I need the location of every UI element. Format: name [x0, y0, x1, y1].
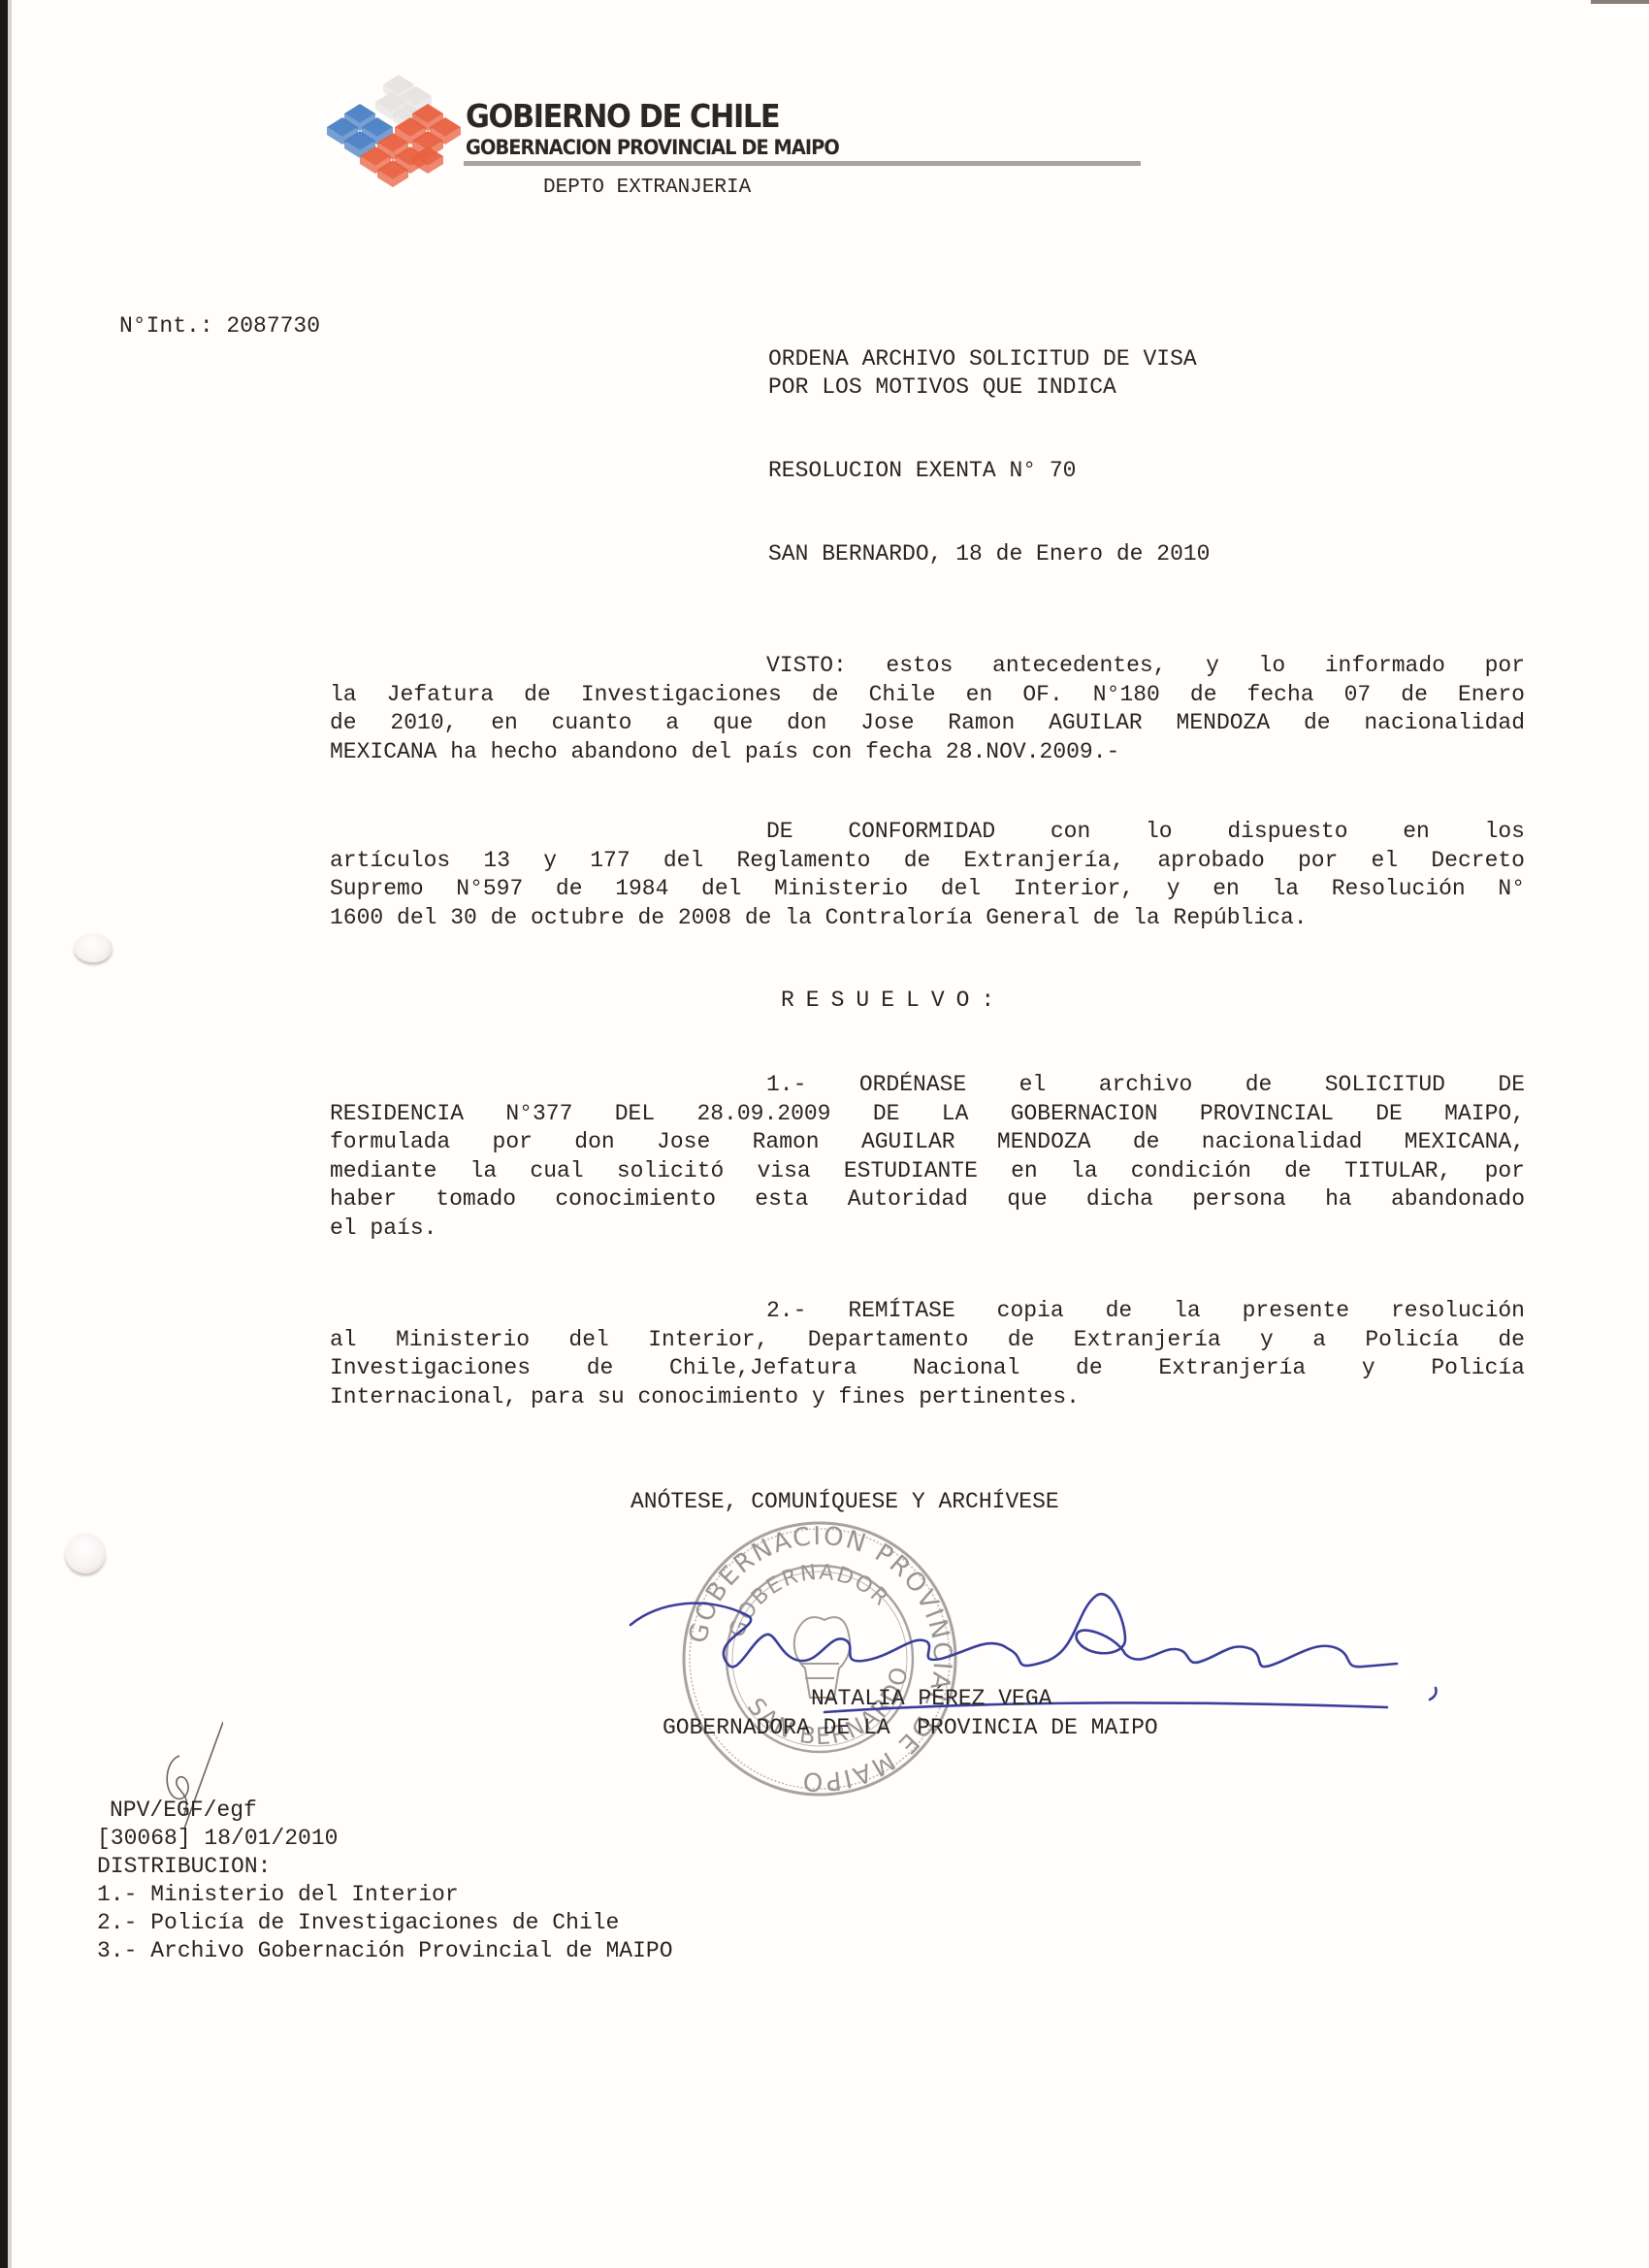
paragraph-line: MEXICANA ha hecho abandono del país con … — [330, 738, 1525, 767]
handwritten-signature-icon — [621, 1581, 1455, 1736]
distribution-item: 2.- Policía de Investigaciones de Chile — [97, 1910, 619, 1935]
paragraph-line: RESIDENCIA N°377 DEL 28.09.2009 DE LA GO… — [330, 1100, 1525, 1129]
paragraph-line: formulada por don Jose Ramon AGUILAR MEN… — [330, 1128, 1525, 1157]
place-and-date: SAN BERNARDO, 18 de Enero de 2010 — [768, 541, 1210, 567]
paragraph-line: VISTO: estos antecedentes, y lo informad… — [330, 652, 1525, 681]
subject-line-1: ORDENA ARCHIVO SOLICITUD DE VISA — [768, 346, 1197, 372]
resolution-item-2: 2.- REMÍTASE copia de la presente resolu… — [330, 1297, 1525, 1411]
scan-edge-left — [0, 0, 8, 2268]
paragraph-line: haber tomado conocimiento esta Autoridad… — [330, 1185, 1525, 1215]
reference-number: [30068] 18/01/2010 — [97, 1826, 338, 1851]
paragraph-line: de 2010, en cuanto a que don Jose Ramon … — [330, 709, 1525, 738]
paragraph-line: Supremo N°597 de 1984 del Ministerio del… — [330, 875, 1525, 904]
conformidad-paragraph: DE CONFORMIDAD con lo dispuesto en losar… — [330, 818, 1525, 932]
department-label: DEPTO EXTRANJERIA — [543, 177, 751, 199]
resuelvo-heading: RESUELVO: — [781, 988, 1006, 1013]
paragraph-line: al Ministerio del Interior, Departamento… — [330, 1326, 1525, 1355]
distribution-item: 1.- Ministerio del Interior — [97, 1882, 459, 1907]
header-subtitle: GOBERNACION PROVINCIAL DE MAIPO — [466, 136, 839, 159]
signatory-name: NATALIA PÉREZ VEGA — [811, 1686, 1051, 1711]
header-title: GOBIERNO DE CHILE — [466, 97, 779, 135]
paragraph-line: Internacional, para su conocimiento y fi… — [330, 1383, 1525, 1412]
paragraph-line: DE CONFORMIDAD con lo dispuesto en los — [330, 818, 1525, 847]
paragraph-line: 2.- REMÍTASE copia de la presente resolu… — [330, 1297, 1525, 1326]
punch-hole-lower — [65, 1533, 106, 1573]
paragraph-line: 1.- ORDÉNASE el archivo de SOLICITUD DE — [330, 1071, 1525, 1100]
closing-formula: ANÓTESE, COMUNÍQUESE Y ARCHÍVESE — [630, 1489, 1059, 1514]
paragraph-line: la Jefatura de Investigaciones de Chile … — [330, 681, 1525, 710]
paragraph-line: artículos 13 y 177 del Reglamento de Ext… — [330, 847, 1525, 876]
typist-initials: NPV/EGF/egf — [110, 1798, 257, 1823]
paragraph-line: el país. — [330, 1215, 1525, 1244]
punch-hole-upper — [74, 933, 113, 962]
scan-edge-top-right — [1591, 0, 1649, 4]
internal-number: N°Int.: 2087730 — [119, 313, 320, 339]
distribution-item: 3.- Archivo Gobernación Provincial de MA… — [97, 1938, 673, 1963]
resolution-number: RESOLUCION EXENTA N° 70 — [768, 458, 1076, 483]
visto-paragraph: VISTO: estos antecedentes, y lo informad… — [330, 652, 1525, 766]
signatory-title: GOBERNADORA DE LA PROVINCIA DE MAIPO — [663, 1715, 1158, 1740]
resolution-item-1: 1.- ORDÉNASE el archivo de SOLICITUD DER… — [330, 1071, 1525, 1243]
paragraph-line: mediante la cual solicitó visa ESTUDIANT… — [330, 1157, 1525, 1186]
header-rule — [464, 161, 1141, 166]
scan-edge-shadow — [8, 0, 12, 2268]
subject-line-2: POR LOS MOTIVOS QUE INDICA — [768, 374, 1116, 400]
gobierno-de-chile-logo-icon — [315, 73, 461, 199]
paragraph-line: Investigaciones de Chile,Jefatura Nacion… — [330, 1354, 1525, 1383]
paragraph-line: 1600 del 30 de octubre de 2008 de la Con… — [330, 904, 1525, 933]
distribution-label: DISTRIBUCION: — [97, 1854, 271, 1879]
document-page: GOBIERNO DE CHILE GOBERNACION PROVINCIAL… — [0, 0, 1649, 2268]
